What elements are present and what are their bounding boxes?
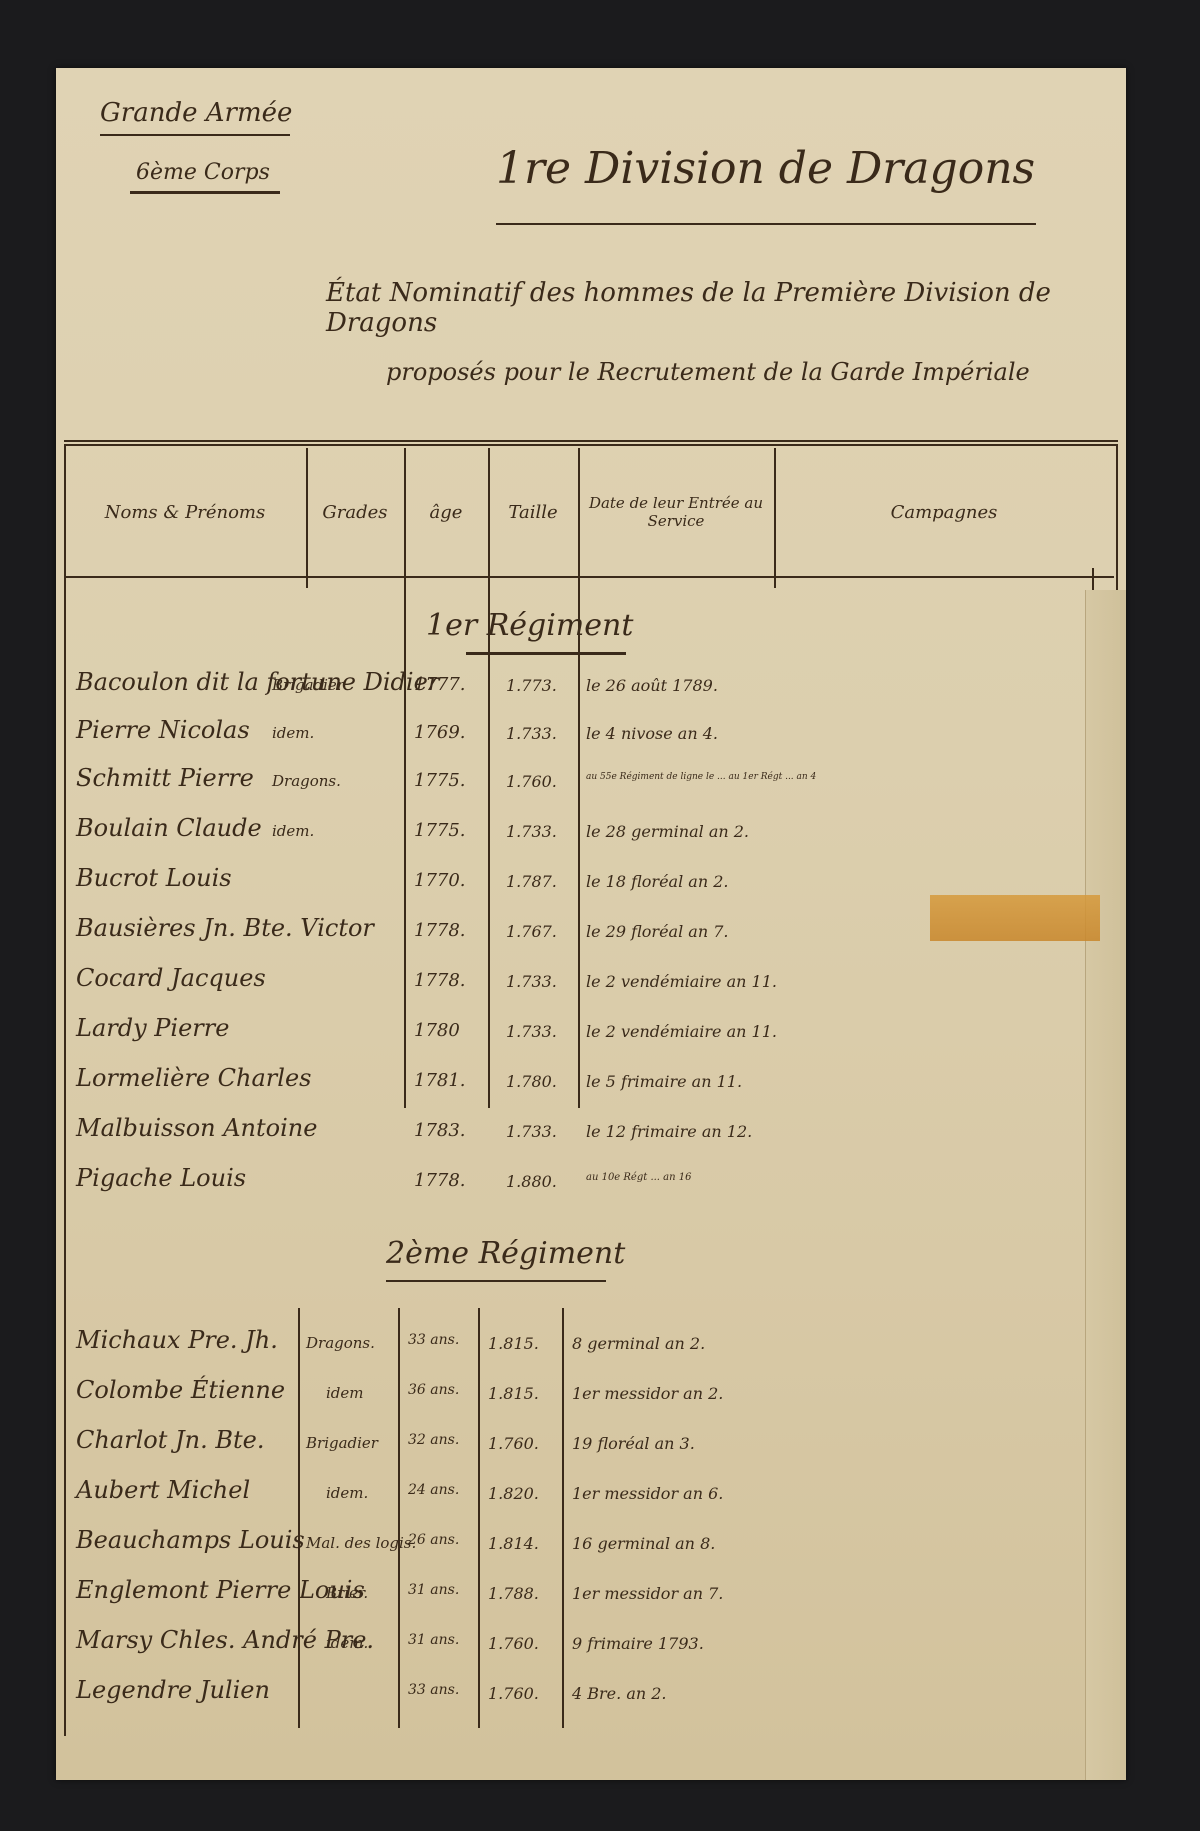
cell-name: Pierre Nicolas — [76, 716, 250, 744]
col-header-age: âge — [404, 448, 488, 576]
table-row: Cocard Jacques 1778. 1.733. le 2 vendémi… — [76, 964, 836, 1010]
cell-grade: idem. — [272, 822, 314, 840]
col-header-name: Noms & Prénoms — [64, 448, 306, 576]
cell-age: 1778. — [414, 920, 466, 941]
table-row: Bacoulon dit la fortune Didier Brigadier… — [76, 668, 836, 714]
cell-age: 24 ans. — [408, 1482, 459, 1498]
cell-name: Schmitt Pierre — [76, 764, 254, 792]
divider — [130, 191, 280, 194]
col-header-date: Date de leur Entrée au Service — [578, 448, 774, 576]
repair-tape — [930, 895, 1100, 941]
cell-taille: 1.767. — [506, 922, 557, 941]
cell-name: Malbuisson Antoine — [76, 1114, 317, 1142]
cell-age: 36 ans. — [408, 1382, 459, 1398]
cell-grade: Dragons. — [272, 772, 341, 790]
cell-name: Aubert Michel — [76, 1476, 250, 1504]
cell-name: Lormelière Charles — [76, 1064, 311, 1092]
cell-grade: idem. — [326, 1484, 368, 1502]
header-bottom-rule — [64, 576, 1114, 578]
cell-date: 16 germinal an 8. — [572, 1534, 715, 1553]
table-row: Bucrot Louis 1770. 1.787. le 18 floréal … — [76, 864, 836, 910]
table-row: Marsy Chles. André Pre. idem. 31 ans. 1.… — [76, 1626, 836, 1672]
cell-name: Legendre Julien — [76, 1676, 270, 1704]
cell-taille: 1.787. — [506, 872, 557, 891]
cell-taille: 1.814. — [488, 1534, 539, 1553]
cell-date: le 4 nivose an 4. — [586, 724, 718, 743]
cell-name: Bacoulon dit la fortune Didier — [76, 668, 439, 696]
document-title-line1: État Nominatif des hommes de la Première… — [326, 278, 1126, 338]
division-title: 1re Division de Dragons — [496, 143, 1035, 194]
cell-name: Bucrot Louis — [76, 864, 232, 892]
cell-age: 1775. — [414, 770, 466, 791]
cell-grade: Mal. des logis. — [306, 1534, 416, 1552]
cell-date: le 12 frimaire an 12. — [586, 1122, 752, 1141]
cell-grade: idem — [326, 1384, 364, 1402]
cell-age: 1781. — [414, 1070, 466, 1091]
table-row: Bausières Jn. Bte. Victor 1778. 1.767. l… — [76, 914, 836, 960]
table-row: Pierre Nicolas idem. 1769. 1.733. le 4 n… — [76, 716, 836, 762]
cell-name: Lardy Pierre — [76, 1014, 229, 1042]
col-header-taille: Taille — [488, 448, 578, 576]
cell-taille: 1.780. — [506, 1072, 557, 1091]
cell-age: 1783. — [414, 1120, 466, 1141]
cell-date: le 28 germinal an 2. — [586, 822, 749, 841]
cell-date: le 29 floréal an 7. — [586, 922, 728, 941]
table-row: Legendre Julien 33 ans. 1.760. 4 Bre. an… — [76, 1676, 836, 1722]
army-corps-block: Grande Armée 6ème Corps — [100, 98, 300, 194]
cell-date: 1er messidor an 2. — [572, 1384, 723, 1403]
table-row: Pigache Louis 1778. 1.880. au 10e Régt .… — [76, 1164, 836, 1210]
cell-date: 4 Bre. an 2. — [572, 1684, 667, 1703]
cell-name: Pigache Louis — [76, 1164, 246, 1192]
cell-grade: Brigadier — [306, 1434, 378, 1452]
cell-taille: 1.733. — [506, 1022, 557, 1041]
cell-date: au 55e Régiment de ligne le ... au 1er R… — [586, 772, 816, 782]
cell-taille: 1.733. — [506, 1122, 557, 1141]
cell-date: le 2 vendémiaire an 11. — [586, 1022, 777, 1041]
cell-taille: 1.733. — [506, 724, 557, 743]
table-row: Beauchamps Louis Mal. des logis. 26 ans.… — [76, 1526, 836, 1572]
cell-name: Cocard Jacques — [76, 964, 266, 992]
cell-taille: 1.820. — [488, 1484, 539, 1503]
cell-date: 9 frimaire 1793. — [572, 1634, 704, 1653]
table-row: Schmitt Pierre Dragons. 1775. 1.760. au … — [76, 764, 836, 810]
cell-grade: Brier. — [326, 1584, 368, 1602]
col-header-grade: Grades — [306, 448, 404, 576]
document-title-line2: proposés pour le Recrutement de la Garde… — [386, 358, 1030, 386]
cell-date: 19 floréal an 3. — [572, 1434, 695, 1453]
table-row: Boulain Claude idem. 1775. 1.733. le 28 … — [76, 814, 836, 860]
cell-age: 26 ans. — [408, 1532, 459, 1548]
corps-label: 6ème Corps — [100, 160, 300, 185]
cell-age: 1775. — [414, 820, 466, 841]
divider — [386, 1280, 606, 1282]
cell-age: 1778. — [414, 970, 466, 991]
cell-taille: 1.760. — [488, 1434, 539, 1453]
table-row: Charlot Jn. Bte. Brigadier 32 ans. 1.760… — [76, 1426, 836, 1472]
cell-name: Bausières Jn. Bte. Victor — [76, 914, 374, 942]
cell-name: Englemont Pierre Louis — [76, 1576, 365, 1604]
cell-name: Boulain Claude — [76, 814, 262, 842]
cell-name: Colombe Étienne — [76, 1376, 285, 1404]
cell-taille: 1.760. — [488, 1634, 539, 1653]
table-top-rule — [64, 440, 1118, 442]
cell-taille: 1.788. — [488, 1584, 539, 1603]
cell-date: le 18 floréal an 2. — [586, 872, 728, 891]
cell-name: Michaux Pre. Jh. — [76, 1326, 278, 1354]
cell-age: 32 ans. — [408, 1432, 459, 1448]
cell-taille: 1.880. — [506, 1172, 557, 1191]
cell-name: Charlot Jn. Bte. — [76, 1426, 264, 1454]
cell-age: 1769. — [414, 722, 466, 743]
cell-age: 33 ans. — [408, 1682, 459, 1698]
cell-name: Beauchamps Louis — [76, 1526, 305, 1554]
regiment-2-title: 2ème Régiment — [386, 1236, 625, 1271]
table-row: Michaux Pre. Jh. Dragons. 33 ans. 1.815.… — [76, 1326, 836, 1372]
cell-age: 1780 — [414, 1020, 460, 1041]
cell-date: le 5 frimaire an 11. — [586, 1072, 742, 1091]
table-row: Aubert Michel idem. 24 ans. 1.820. 1er m… — [76, 1476, 836, 1522]
cell-taille: 1.760. — [506, 772, 557, 791]
cell-grade: idem. — [326, 1634, 368, 1652]
cell-age: 1777. — [414, 674, 466, 695]
divider — [496, 223, 1036, 225]
cell-age: 33 ans. — [408, 1332, 459, 1348]
cell-age: 31 ans. — [408, 1632, 459, 1648]
cell-age: 31 ans. — [408, 1582, 459, 1598]
cell-date: au 10e Régt ... an 16 — [586, 1172, 691, 1183]
cell-taille: 1.773. — [506, 676, 557, 695]
cell-age: 1770. — [414, 870, 466, 891]
table-row: Englemont Pierre Louis Brier. 31 ans. 1.… — [76, 1576, 836, 1622]
cell-grade: idem. — [272, 724, 314, 742]
cell-grade: Dragons. — [306, 1334, 375, 1352]
regiment-1-title: 1er Régiment — [426, 608, 633, 643]
army-label: Grande Armée — [100, 98, 300, 128]
cell-taille: 1.815. — [488, 1384, 539, 1403]
divider — [466, 652, 626, 655]
table-row: Lardy Pierre 1780 1.733. le 2 vendémiair… — [76, 1014, 836, 1060]
table-row: Malbuisson Antoine 1783. 1.733. le 12 fr… — [76, 1114, 836, 1160]
cell-taille: 1.733. — [506, 822, 557, 841]
table-row: Colombe Étienne idem 36 ans. 1.815. 1er … — [76, 1376, 836, 1422]
cell-taille: 1.815. — [488, 1334, 539, 1353]
cell-date: 8 germinal an 2. — [572, 1334, 705, 1353]
cell-grade: Brigadier — [272, 676, 344, 694]
divider — [100, 134, 290, 136]
cell-date: 1er messidor an 6. — [572, 1484, 723, 1503]
cell-taille: 1.760. — [488, 1684, 539, 1703]
cell-date: le 26 août 1789. — [586, 676, 718, 695]
col-header-campagnes: Campagnes — [774, 448, 1114, 576]
cell-age: 1778. — [414, 1170, 466, 1191]
folded-page-edge — [1085, 590, 1126, 1780]
cell-date: le 2 vendémiaire an 11. — [586, 972, 777, 991]
cell-taille: 1.733. — [506, 972, 557, 991]
table-row: Lormelière Charles 1781. 1.780. le 5 fri… — [76, 1064, 836, 1110]
cell-date: 1er messidor an 7. — [572, 1584, 723, 1603]
